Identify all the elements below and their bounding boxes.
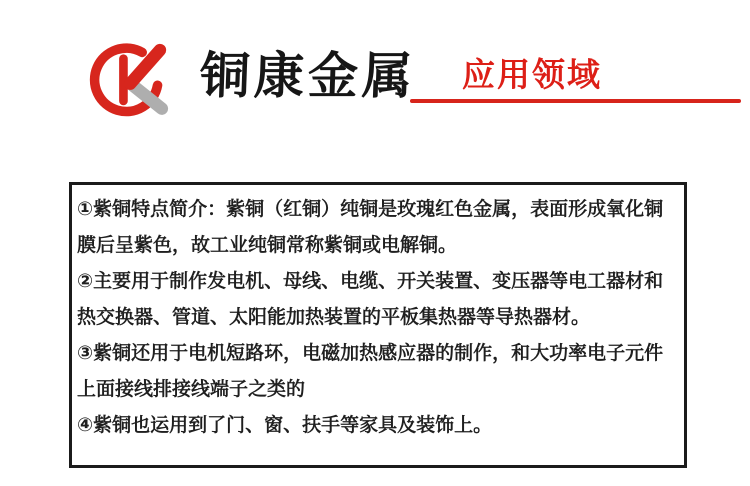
- feature-paragraph: ①紫铜特点简介：紫铜（红铜）纯铜是玫瑰红色金属，表面形成氧化铜膜后呈紫色，故工业…: [77, 192, 680, 264]
- section-underline: [410, 99, 741, 103]
- section-title: 应用领域: [410, 54, 741, 96]
- feature-paragraph: ④紫铜也运用到了门、窗、扶手等家具及装饰上。: [77, 408, 680, 444]
- page: 铜康金属 应用领域 ①紫铜特点简介：紫铜（红铜）纯铜是玫瑰红色金属，表面形成氧化…: [0, 0, 750, 486]
- ck-logo-icon: [86, 28, 182, 124]
- feature-paragraph: ②主要用于制作发电机、母线、电缆、开关装置、变压器等电工器材和热交换器、管道、太…: [77, 264, 680, 336]
- brand-name: 铜康金属: [198, 28, 417, 124]
- section-header: 应用领域: [410, 54, 741, 103]
- copper-info-box: ①紫铜特点简介：紫铜（红铜）纯铜是玫瑰红色金属，表面形成氧化铜膜后呈紫色，故工业…: [69, 182, 687, 468]
- brand-logo: 铜康金属: [86, 28, 416, 124]
- feature-paragraph: ③紫铜还用于电机短路环，电磁加热感应器的制作，和大功率电子元件上面接线排接线端子…: [77, 336, 680, 408]
